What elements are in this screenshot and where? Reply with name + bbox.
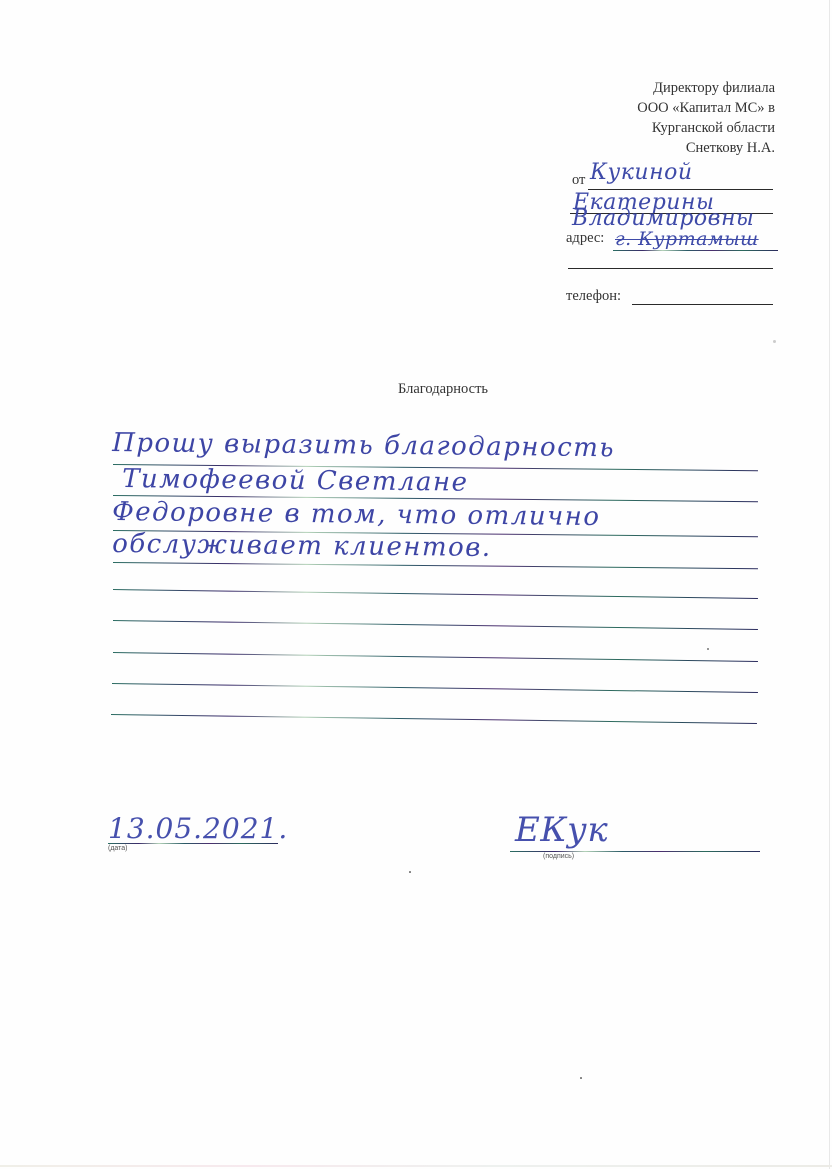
scan-speck	[409, 871, 411, 873]
scanned-document-page: Директору филиала ООО «Капитал МС» в Кур…	[0, 0, 832, 1169]
page-edge	[829, 0, 830, 1169]
document-title: Благодарность	[0, 381, 832, 398]
phone-label: телефон:	[566, 288, 621, 305]
body-line-text: Федоровне в том, что отлично	[112, 497, 601, 532]
body-rule	[113, 562, 758, 570]
address-value: г. Куртамыш	[615, 228, 759, 250]
phone-rule	[632, 304, 773, 305]
body-rule	[112, 683, 758, 693]
addressee-line: Директору филиала	[637, 78, 775, 98]
from-label: от	[572, 172, 585, 189]
body-rule	[113, 620, 758, 630]
body-rule	[113, 589, 758, 599]
body-rule	[113, 652, 758, 662]
addressee-block: Директору филиала ООО «Капитал МС» в Кур…	[637, 78, 775, 158]
date-caption: (дата)	[108, 845, 128, 852]
scan-speck	[773, 340, 776, 343]
scan-speck	[707, 648, 709, 650]
body-line-text: обслуживает клиентов.	[112, 529, 492, 563]
body-line-text: Прошу выразить благодарность	[112, 428, 615, 463]
addressee-line: Снеткову Н.А.	[637, 138, 775, 158]
body-rule	[111, 714, 757, 724]
date-value: 13.05.2021.	[108, 812, 288, 845]
date-rule	[108, 843, 278, 844]
addressee-line: ООО «Капитал МС» в	[637, 98, 775, 118]
signature-caption: (подпись)	[543, 853, 574, 860]
scan-speck	[580, 1077, 582, 1079]
addressee-line: Курганской области	[637, 118, 775, 138]
page-edge	[0, 1165, 832, 1167]
address-rule	[613, 250, 778, 251]
body-line-text: Тимофеевой Светлане	[122, 464, 469, 498]
sender-surname: Кукиной	[590, 160, 693, 185]
signature-value: ЕКук	[515, 810, 608, 850]
address-label: адрес:	[566, 230, 604, 247]
address-line2-rule	[568, 268, 773, 269]
